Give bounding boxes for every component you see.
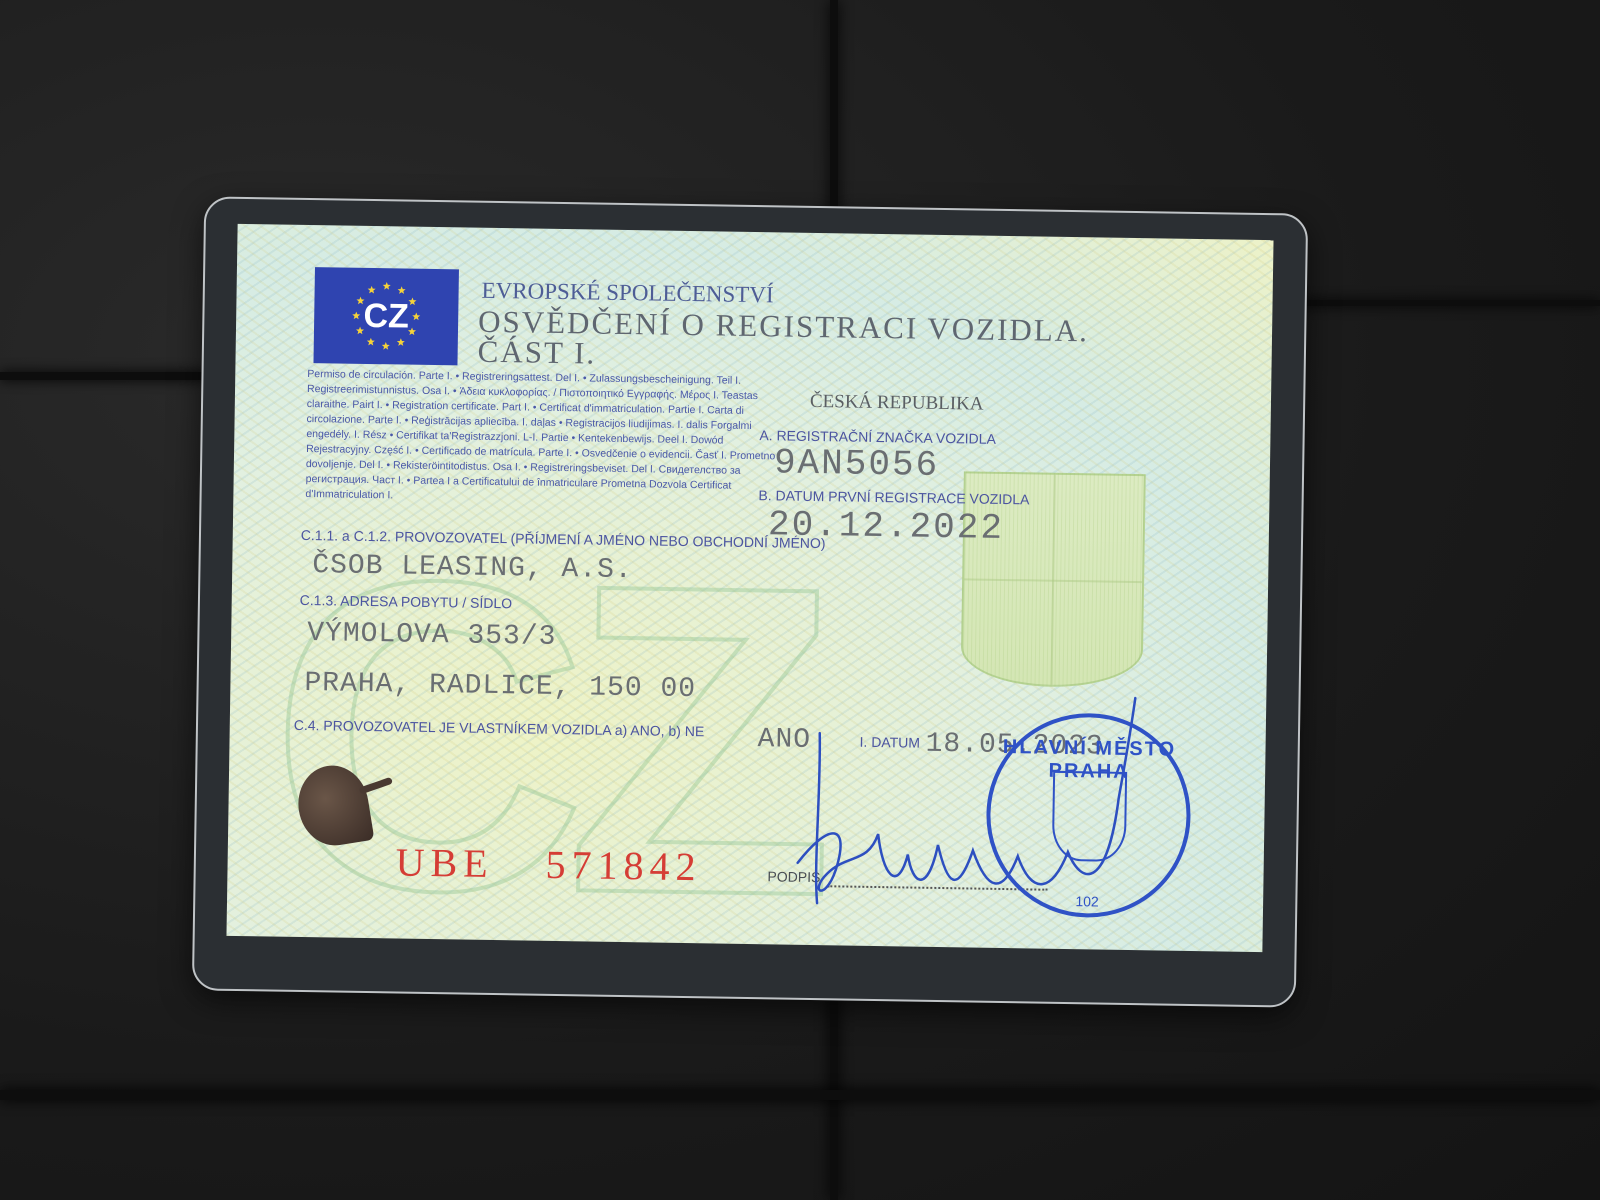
seat-seam-right: [1280, 300, 1600, 306]
header-line-3: ČÁST I.: [477, 334, 596, 372]
official-stamp: HLAVNÍ MĚSTO PRAHA 102: [985, 712, 1192, 919]
field-a-value: 9AN5056: [774, 442, 940, 486]
seat-seam-left: [0, 372, 210, 380]
registration-card: CZ CZ EVROPSKÉ SPOLEČENSTVÍ OSVĚDČENÍ O …: [226, 224, 1273, 952]
field-c1-value: ČSOB LEASING, A.S.: [312, 550, 633, 586]
field-c13-line2: PRAHA, RADLICE, 150 00: [304, 668, 696, 705]
seat-seam-bottom: [0, 1090, 1600, 1100]
field-c13-label: C.1.3. ADRESA POBYTU / SÍDLO: [300, 592, 513, 611]
country-name: ČESKÁ REPUBLIKA: [810, 391, 984, 416]
field-c13-line1: VÝMOLOVA 353/3: [307, 618, 557, 653]
serial-series: UBE: [395, 838, 494, 887]
serial-number: 571842: [545, 841, 702, 890]
eu-flag-icon: CZ: [313, 267, 458, 365]
country-code: CZ: [314, 296, 459, 337]
prague-coat-of-arms-icon: [1052, 771, 1127, 862]
multilingual-titles: Permiso de circulación. Parte I. • Regis…: [305, 367, 777, 509]
stamp-number: 102: [989, 892, 1185, 911]
